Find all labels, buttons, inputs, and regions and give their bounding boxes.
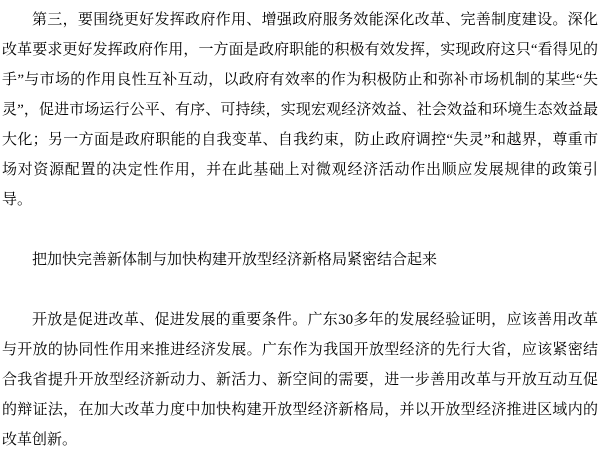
paragraph-open-economy: 开放是促进改革、促进发展的重要条件。广东30多年的发展经验证明，应该善用改革与开… xyxy=(2,305,598,449)
document-page: 第三，要围绕更好发挥政府作用、增强政府服务效能深化改革、完善制度建设。深化改革要… xyxy=(0,0,600,449)
section-heading: 把加快完善新体制与加快构建开放型经济新格局紧密结合起来 xyxy=(2,245,598,275)
paragraph-government-role: 第三，要围绕更好发挥政府作用、增强政府服务效能深化改革、完善制度建设。深化改革要… xyxy=(2,5,598,215)
